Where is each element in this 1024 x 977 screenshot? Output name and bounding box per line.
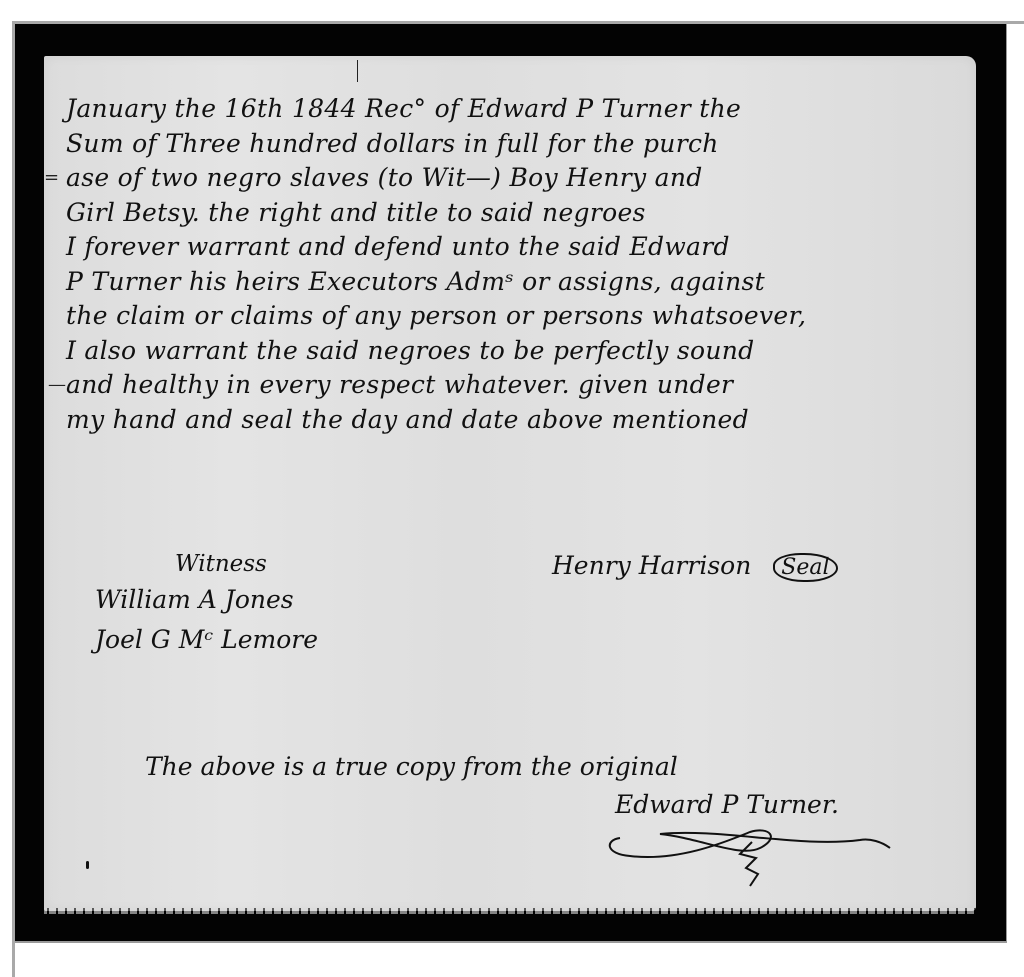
body-line-3: = ase of two negro slaves (to Wit—) Boy … <box>66 161 946 196</box>
stray-ink-mark <box>86 861 89 869</box>
body-line-9: — and healthy in every respect whatever.… <box>66 368 946 403</box>
signer-name: Henry Harrison <box>552 551 751 580</box>
fold-crease <box>357 60 358 82</box>
body-line-1: January the 16th 1844 Rec° of Edward P T… <box>66 92 946 127</box>
copy-certification: The above is a true copy from the origin… <box>145 752 678 781</box>
body-line-3-text: ase of two negro slaves (to Wit—) Boy He… <box>66 163 703 192</box>
document-body: January the 16th 1844 Rec° of Edward P T… <box>66 92 946 437</box>
margin-mark: — <box>48 368 66 403</box>
witness-1: William A Jones <box>95 585 294 614</box>
signature-flourish-icon <box>600 818 900 898</box>
body-line-4: Girl Betsy. the right and title to said … <box>66 196 946 231</box>
body-line-8: I also warrant the said negroes to be pe… <box>66 334 946 369</box>
body-line-2: Sum of Three hundred dollars in full for… <box>66 127 946 162</box>
margin-mark: = <box>44 161 59 196</box>
body-line-7: the claim or claims of any person or per… <box>66 299 946 334</box>
body-line-10: my hand and seal the day and date above … <box>66 403 946 438</box>
seal-mark: Seal <box>773 553 837 582</box>
copy-signer-name: Edward P Turner. <box>615 790 839 819</box>
body-line-6: P Turner his heirs Executors Admˢ or ass… <box>66 265 946 300</box>
body-line-5: I forever warrant and defend unto the sa… <box>66 230 946 265</box>
witness-2: Joel G Mᶜ Lemore <box>95 625 318 654</box>
witness-label: Witness <box>175 551 267 577</box>
signature-block: Henry Harrison Seal <box>552 551 838 582</box>
body-line-9-text: and healthy in every respect whatever. g… <box>66 370 733 399</box>
